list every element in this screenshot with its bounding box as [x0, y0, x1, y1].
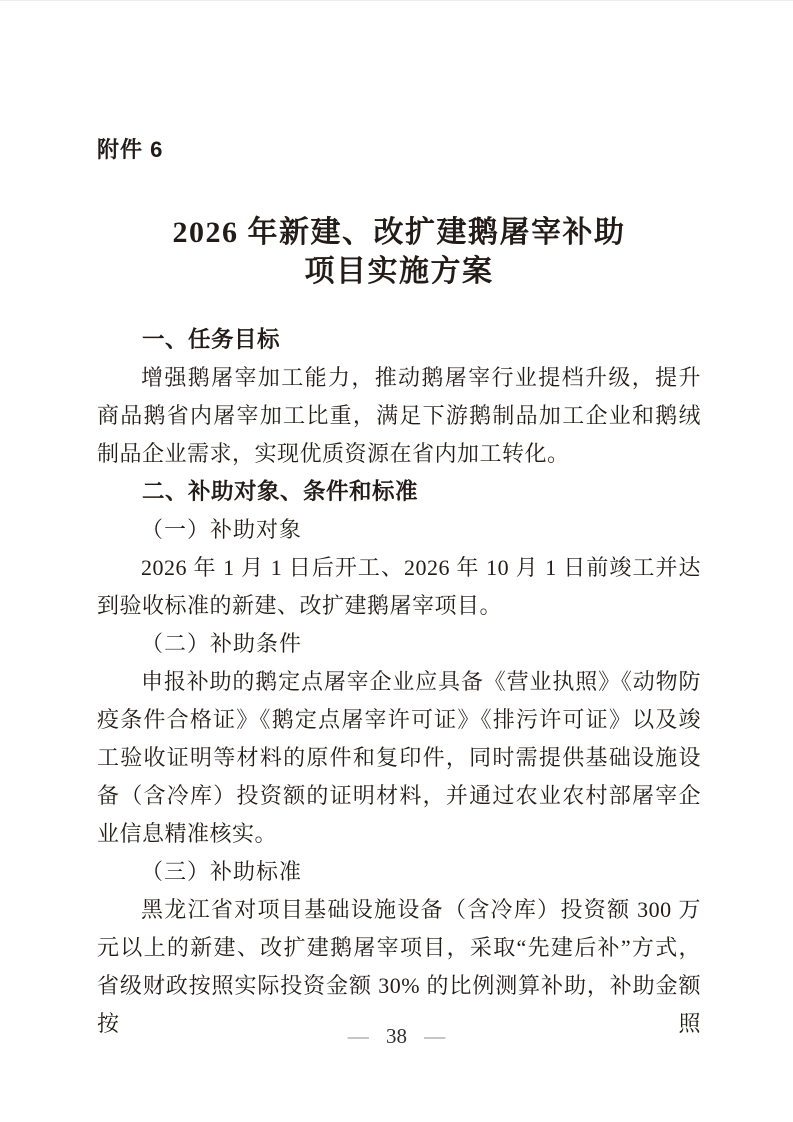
page-footer: — 38 — — [0, 1023, 793, 1049]
paragraph-task-goal: 增强鹅屠宰加工能力，推动鹅屠宰行业提档升级，提升商品鹅省内屠宰加工比重，满足下游… — [97, 359, 701, 473]
section-heading-1-task-goal: 一、任务目标 — [97, 321, 701, 359]
section-heading-2-subsidy: 二、补助对象、条件和标准 — [97, 473, 701, 511]
doc-title-line1: 2026 年新建、改扩建鹅屠宰补助 — [97, 213, 701, 252]
doc-title: 2026 年新建、改扩建鹅屠宰补助 项目实施方案 — [97, 213, 701, 291]
paragraph-subsidy-target: 2026 年 1 月 1 日后开工、2026 年 10 月 1 日前竣工并达到验… — [97, 549, 701, 625]
page-content: 附件 6 2026 年新建、改扩建鹅屠宰补助 项目实施方案 一、任务目标 增强鹅… — [0, 1, 793, 1043]
subsection-heading-subsidy-target: （一）补助对象 — [97, 511, 701, 549]
footer-dash-right: — — [424, 1024, 445, 1048]
footer-dash-left: — — [348, 1024, 369, 1048]
subsection-heading-subsidy-standard: （三）补助标准 — [97, 853, 701, 891]
paragraph-subsidy-standard: 黑龙江省对项目基础设施设备（含冷库）投资额 300 万元以上的新建、改扩建鹅屠宰… — [97, 891, 701, 1043]
paragraph-subsidy-conditions: 申报补助的鹅定点屠宰企业应具备《营业执照》《动物防疫条件合格证》《鹅定点屠宰许可… — [97, 663, 701, 853]
subsection-heading-subsidy-conditions: （二）补助条件 — [97, 625, 701, 663]
doc-title-line2: 项目实施方案 — [97, 252, 701, 291]
attachment-label: 附件 6 — [97, 138, 701, 162]
document-body: 一、任务目标 增强鹅屠宰加工能力，推动鹅屠宰行业提档升级，提升商品鹅省内屠宰加工… — [97, 321, 701, 1043]
document-page: 附件 6 2026 年新建、改扩建鹅屠宰补助 项目实施方案 一、任务目标 增强鹅… — [0, 0, 793, 1122]
page-number: 38 — [386, 1024, 407, 1048]
